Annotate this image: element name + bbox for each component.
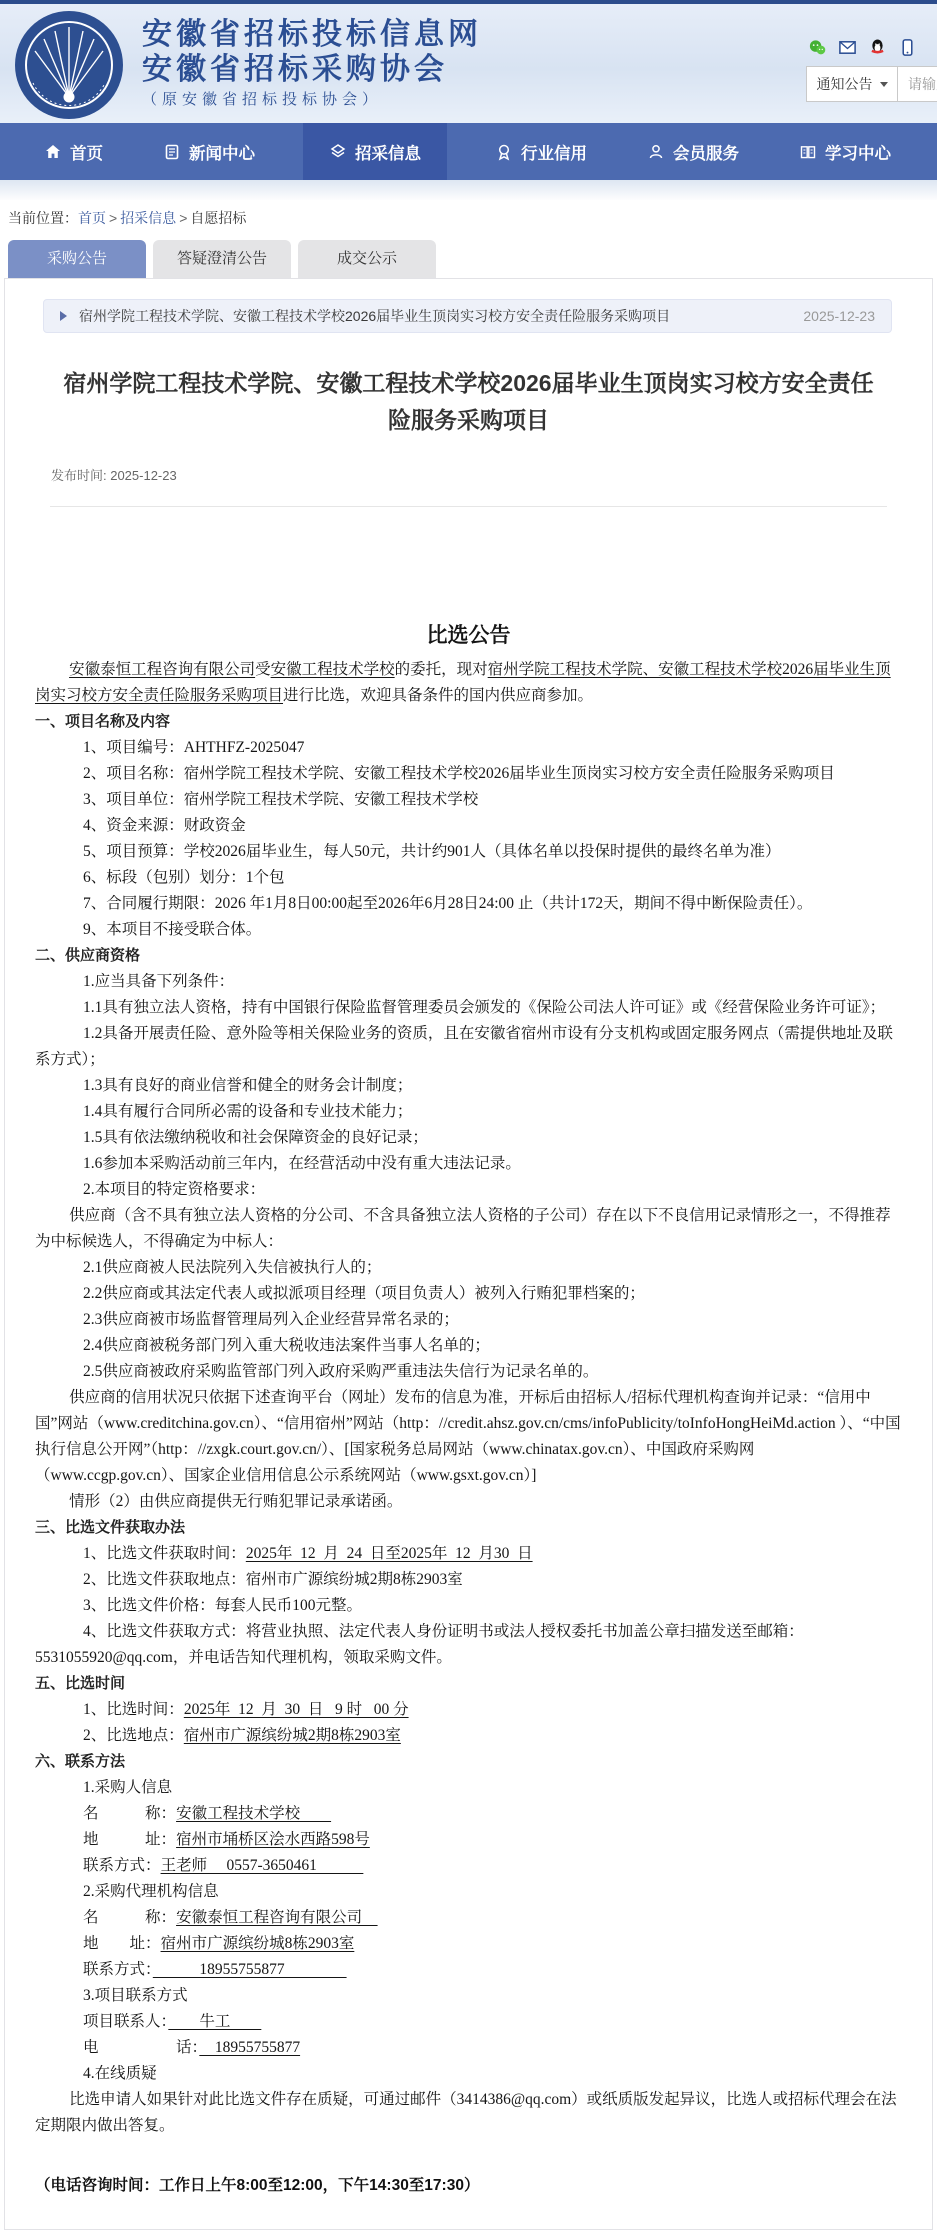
nav-item-label: 行业信用 (521, 140, 587, 164)
article-paragraph: 4、比选文件获取方式：将营业执照、法定代表人身份证明书或法人授权委托书加盖公章扫… (35, 1619, 902, 1671)
article-paragraph: 1.应当具备下列条件： (35, 969, 902, 995)
underlined-text: 宿州市广源缤纷城2期8栋2903室 (184, 1727, 401, 1744)
text-run: 5、项目预算：学校2026届毕业生，每人50元，共计约901人（具体名单以投保时… (83, 843, 781, 860)
article-paragraph: 2.本项目的特定资格要求： (35, 1177, 902, 1203)
text-run: 2.4供应商被税务部门列入重大税收违法案件当事人名单的； (83, 1337, 490, 1354)
mobile-icon[interactable] (898, 38, 917, 57)
tab-bar: 采购公告答疑澄清公告成交公示 (0, 240, 937, 278)
article-paragraph: 项目联系人： 牛工 (35, 2009, 902, 2035)
article-paragraph: 名 称：安徽泰恒工程咨询有限公司 (35, 1905, 902, 1931)
article-paragraph: 地 址：宿州市广源缤纷城8栋2903室 (35, 1931, 902, 1957)
text-run: 3.项目联系方式 (83, 1987, 188, 2004)
underlined-text: 2025年 12 月 30 日 9 时 00 分 (184, 1701, 409, 1718)
underlined-text: 王老师 0557-3650461 (161, 1857, 364, 1874)
text-run: 五、比选时间 (35, 1675, 125, 1692)
article-paragraph: 1.4具有履行合同所必需的设备和专业技术能力； (35, 1099, 902, 1125)
article-title: 宿州学院工程技术学院、安徽工程技术学校2026届毕业生顶岗实习校方安全责任险服务… (63, 365, 874, 439)
text-run: 二、供应商资格 (35, 947, 140, 964)
text-run: 4、资金来源：财政资金 (83, 817, 246, 834)
article-paragraph: 电 话： 18955755877 (35, 2035, 902, 2061)
article-paragraph: 2.1供应商被人民法院列入失信被执行人的； (35, 1255, 902, 1281)
breadcrumb-item[interactable]: 招采信息 (120, 210, 176, 226)
article-section-heading: 二、供应商资格 (35, 943, 902, 969)
article-paragraph: 1.1具有独立法人资格，持有中国银行保险监督管理委员会颁发的《保险公司法人许可证… (35, 995, 902, 1021)
article-body: 比选公告 安徽泰恒工程咨询有限公司受安徽工程技术学校的委托，现对宿州学院工程技术… (35, 619, 902, 2139)
article-section-heading: 六、联系方法 (35, 1749, 902, 1775)
publish-date: 发布时间: 2025-12-23 (51, 465, 932, 484)
text-run: 2.3供应商被市场监督管理局列入企业经营异常名录的； (83, 1311, 459, 1328)
nav-item-label: 招采信息 (355, 140, 421, 164)
text-run: 1.1具有独立法人资格，持有中国银行保险监督管理委员会颁发的《保险公司法人许可证… (83, 999, 885, 1016)
article-paragraph: 2、比选文件获取地点：宿州市广源缤纷城2期8栋2903室 (35, 1567, 902, 1593)
nav-item-label: 首页 (70, 140, 103, 164)
underlined-text: 18955755877 (199, 2039, 300, 2056)
text-run: 三、比选文件获取办法 (35, 1519, 185, 1536)
article-paragraph: 供应商（含不具有独立法人资格的分公司、不含具备独立法人资格的子公司）存在以下不良… (35, 1203, 902, 1255)
article-paragraph: 2、项目名称：宿州学院工程技术学院、安徽工程技术学校2026届毕业生顶岗实习校方… (35, 761, 902, 787)
article-section-heading: 五、比选时间 (35, 1671, 902, 1697)
text-run: 一、项目名称及内容 (35, 713, 170, 730)
text-run: 情形（2）由供应商提供无行贿犯罪记录承诺函。 (69, 1493, 402, 1510)
nav-item-label: 会员服务 (673, 140, 739, 164)
underlined-text: 安徽泰恒工程咨询有限公司 (176, 1909, 378, 1926)
text-run: 六、联系方法 (35, 1753, 125, 1770)
article-paragraph: 5、项目预算：学校2026届毕业生，每人50元，共计约901人（具体名单以投保时… (35, 839, 902, 865)
text-run: 的委托，现对 (395, 661, 488, 678)
tab-采购公告[interactable]: 采购公告 (8, 240, 146, 278)
announcement-list: 宿州学院工程技术学院、安徽工程技术学校2026届毕业生顶岗实习校方安全责任险服务… (5, 299, 932, 333)
article-paragraph: 2、比选地点：宿州市广源缤纷城2期8栋2903室 (35, 1723, 902, 1749)
article-paragraphs: 安徽泰恒工程咨询有限公司受安徽工程技术学校的委托，现对宿州学院工程技术学院、安徽… (35, 657, 902, 2139)
notice-heading: 比选公告 (35, 619, 902, 649)
text-run: 2、项目名称：宿州学院工程技术学院、安徽工程技术学校2026届毕业生顶岗实习校方… (83, 765, 835, 782)
text-run: 2、比选地点： (83, 1727, 184, 1744)
nav-item-label: 学习中心 (825, 140, 891, 164)
text-run: 项目联系人： (83, 2013, 168, 2030)
article-paragraph: 供应商的信用状况只依据下述查询平台（网址）发布的信息为准，开标后由招标人/招标代… (35, 1385, 902, 1489)
text-run: 2、比选文件获取地点：宿州市广源缤纷城2期8栋2903室 (83, 1571, 463, 1588)
text-run: 4.在线质疑 (83, 2065, 157, 2082)
tab-成交公示[interactable]: 成交公示 (298, 240, 436, 278)
article-paragraph: 比选申请人如果针对此比选文件存在质疑，可通过邮件（3414386@qq.com）… (35, 2087, 902, 2139)
site-title-line1: 安徽省招标投标信息网 (142, 17, 482, 52)
article-section-heading: 三、比选文件获取办法 (35, 1515, 902, 1541)
notice-category-select[interactable]: 通知公告 (806, 66, 898, 102)
content-panel: 宿州学院工程技术学院、安徽工程技术学校2026届毕业生顶岗实习校方安全责任险服务… (4, 278, 933, 2230)
text-run: 比选申请人如果针对此比选文件存在质疑，可通过邮件（3414386@qq.com）… (35, 2091, 897, 2134)
text-run: 2.1供应商被人民法院列入失信被执行人的； (83, 1259, 381, 1276)
text-run: 1、比选文件获取时间： (83, 1545, 246, 1562)
text-run: 1.5具有依法缴纳税收和社会保障资金的良好记录； (83, 1129, 428, 1146)
nav-item-learning-center[interactable]: 学习中心 (787, 123, 903, 180)
site-title-line2: 安徽省招标采购协会 (142, 52, 482, 87)
site-header: 安徽省招标投标信息网 安徽省招标采购协会 （原安徽省招标投标协会） 通知公告 (0, 4, 937, 123)
article-paragraph: 1、比选时间：2025年 12 月 30 日 9 时 00 分 (35, 1697, 902, 1723)
chevron-down-icon (880, 82, 888, 87)
article-paragraph: 1.3具有良好的商业信誉和健全的财务会计制度； (35, 1073, 902, 1099)
text-run: 2.2供应商或其法定代表人或拟派项目经理（项目负责人）被列入行贿犯罪档案的； (83, 1285, 645, 1302)
breadcrumb-separator: > (109, 210, 117, 226)
text-run: 3、比选文件价格：每套人民币100元整。 (83, 1597, 362, 1614)
text-run: 1.应当具备下列条件： (83, 973, 234, 990)
article-paragraph: 7、合同履行期限：2026 年1月8日00:00起至2026年6月28日24:0… (35, 891, 902, 917)
text-run: 受 (255, 661, 271, 678)
underlined-text: 牛工 (168, 2013, 261, 2030)
text-run: 联系方式： (83, 1961, 153, 1978)
article-paragraph: 2.采购代理机构信息 (35, 1879, 902, 1905)
nav-item-member-services[interactable]: 会员服务 (635, 123, 751, 180)
text-run: 1.4具有履行合同所必需的设备和专业技术能力； (83, 1103, 412, 1120)
announcement-title[interactable]: 宿州学院工程技术学院、安徽工程技术学校2026届毕业生顶岗实习校方安全责任险服务… (79, 306, 787, 326)
breadcrumb-links: 首页>招采信息>自愿招标 (78, 210, 246, 226)
text-run: 进行比选，欢迎具备条件的国内供应商参加。 (283, 687, 593, 704)
text-run: 6、标段（包别）划分：1个包 (83, 869, 285, 886)
book-icon (799, 143, 817, 161)
home-icon (44, 143, 62, 161)
article-paragraph: 2.3供应商被市场监督管理局列入企业经营异常名录的； (35, 1307, 902, 1333)
announcement-date: 2025-12-23 (803, 308, 875, 324)
nav-item-label: 新闻中心 (189, 140, 255, 164)
text-run: 1、项目编号：AHTHFZ-2025047 (83, 739, 304, 756)
phone-hours-note: （电话咨询时间：工作日上午8:00至12:00，下午14:30至17:30） (35, 2173, 902, 2195)
text-run: 名 称： (83, 1909, 176, 1926)
text-run: 2.本项目的特定资格要求： (83, 1181, 265, 1198)
article-paragraph: 2.5供应商被政府采购监管部门列入政府采购严重违法失信行为记录名单的。 (35, 1359, 902, 1385)
article-paragraph: 联系方式：王老师 0557-3650461 (35, 1853, 902, 1879)
article-paragraph: 1.采购人信息 (35, 1775, 902, 1801)
mail-icon[interactable] (838, 38, 857, 57)
article-paragraph: 2.2供应商或其法定代表人或拟派项目经理（项目负责人）被列入行贿犯罪档案的； (35, 1281, 902, 1307)
tab-答疑澄清公告[interactable]: 答疑澄清公告 (153, 240, 291, 278)
text-run: 联系方式： (83, 1857, 161, 1874)
main-nav: 首页新闻中心招采信息行业信用会员服务学习中心 (0, 123, 937, 180)
site-title-block: 安徽省招标投标信息网 安徽省招标采购协会 （原安徽省招标投标协会） (142, 17, 482, 111)
nav-item-industry-credit[interactable]: 行业信用 (483, 123, 599, 180)
text-run: 供应商的信用状况只依据下述查询平台（网址）发布的信息为准，开标后由招标人/招标代… (35, 1389, 901, 1484)
article-paragraph: 2.4供应商被税务部门列入重大税收违法案件当事人名单的； (35, 1333, 902, 1359)
article-paragraph: 3.项目联系方式 (35, 1983, 902, 2009)
article-paragraph: 情形（2）由供应商提供无行贿犯罪记录承诺函。 (35, 1489, 902, 1515)
text-run: 1、比选时间： (83, 1701, 184, 1718)
article-paragraph: 4、资金来源：财政资金 (35, 813, 902, 839)
nav-fade-strip (0, 180, 937, 200)
article-paragraph: 1、项目编号：AHTHFZ-2025047 (35, 735, 902, 761)
announcement-row[interactable]: 宿州学院工程技术学院、安徽工程技术学校2026届毕业生顶岗实习校方安全责任险服务… (43, 299, 892, 333)
text-run: 供应商（含不具有独立法人资格的分公司、不含具备独立法人资格的子公司）存在以下不良… (35, 1207, 891, 1250)
header-social-icons (808, 38, 917, 57)
notice-category-label: 通知公告 (817, 74, 873, 94)
nav-item-home[interactable]: 首页 (32, 123, 115, 180)
article-paragraph: 1.2具备开展责任险、意外险等相关保险业务的资质，且在安徽省宿州市设有分支机构或… (35, 1021, 902, 1073)
underlined-text: 安徽工程技术学校 (271, 661, 395, 678)
article-paragraph: 1、比选文件获取时间：2025年 12 月 24 日至2025年 12 月30 … (35, 1541, 902, 1567)
text-run: 9、本项目不接受联合体。 (83, 921, 261, 938)
underlined-text: 18955755877 (153, 1961, 347, 1978)
article-paragraph: 6、标段（包别）划分：1个包 (35, 865, 902, 891)
header-search: 通知公告 (806, 66, 937, 102)
text-run: 4、比选文件获取方式：将营业执照、法定代表人身份证明书或法人授权委托书加盖公章扫… (35, 1623, 804, 1666)
underlined-text: 宿州市广源缤纷城8栋2903室 (161, 1935, 355, 1952)
article-paragraph: 4.在线质疑 (35, 2061, 902, 2087)
underlined-text: 宿州市埇桥区浍水西路598号 (176, 1831, 370, 1848)
breadcrumb: 当前位置：首页>招采信息>自愿招标 (0, 200, 937, 240)
text-run: 1.3具有良好的商业信誉和健全的财务会计制度； (83, 1077, 412, 1094)
article-paragraph: 安徽泰恒工程咨询有限公司受安徽工程技术学校的委托，现对宿州学院工程技术学院、安徽… (35, 657, 902, 709)
article-paragraph: 名 称：安徽工程技术学校 (35, 1801, 902, 1827)
text-run: 地 址： (83, 1831, 176, 1848)
article-paragraph: 9、本项目不接受联合体。 (35, 917, 902, 943)
layers-icon (329, 143, 347, 161)
text-run: 1.6参加本采购活动前三年内，在经营活动中没有重大违法记录。 (83, 1155, 521, 1172)
underlined-text: 安徽泰恒工程咨询有限公司 (69, 661, 255, 678)
text-run: 1.采购人信息 (83, 1779, 172, 1796)
article-paragraph: 地 址：宿州市埇桥区浍水西路598号 (35, 1827, 902, 1853)
breadcrumb-item: 自愿招标 (190, 210, 246, 226)
breadcrumb-item[interactable]: 首页 (78, 210, 106, 226)
title-divider (50, 506, 887, 507)
article-paragraph: 3、项目单位：宿州学院工程技术学院、安徽工程技术学校 (35, 787, 902, 813)
nav-item-news-center[interactable]: 新闻中心 (151, 123, 267, 180)
text-run: 名 称： (83, 1805, 176, 1822)
member-icon (647, 143, 665, 161)
site-logo (13, 9, 125, 121)
article-paragraph: 1.5具有依法缴纳税收和社会保障资金的良好记录； (35, 1125, 902, 1151)
text-run: 7、合同履行期限：2026 年1月8日00:00起至2026年6月28日24:0… (83, 895, 812, 912)
article-paragraph: 1.6参加本采购活动前三年内，在经营活动中没有重大违法记录。 (35, 1151, 902, 1177)
breadcrumb-separator: > (179, 210, 187, 226)
text-run: 1.2具备开展责任险、意外险等相关保险业务的资质，且在安徽省宿州市设有分支机构或… (35, 1025, 893, 1068)
underlined-text: 2025年 12 月 24 日至2025年 12 月30 日 (246, 1545, 533, 1562)
wechat-icon[interactable] (808, 38, 827, 57)
underlined-text: 安徽工程技术学校 (176, 1805, 331, 1822)
text-run: 2.采购代理机构信息 (83, 1883, 219, 1900)
text-run: 电 话： (83, 2039, 199, 2056)
arrow-right-icon (60, 311, 67, 321)
breadcrumb-label: 当前位置： (8, 210, 78, 226)
article-section-heading: 一、项目名称及内容 (35, 709, 902, 735)
text-run: 2.5供应商被政府采购监管部门列入政府采购严重违法失信行为记录名单的。 (83, 1363, 598, 1380)
site-title-line3: （原安徽省招标投标协会） (142, 89, 482, 111)
qq-icon[interactable] (868, 38, 887, 57)
article-paragraph: 联系方式： 18955755877 (35, 1957, 902, 1983)
news-icon (163, 143, 181, 161)
text-run: 3、项目单位：宿州学院工程技术学院、安徽工程技术学校 (83, 791, 478, 808)
medal-icon (495, 143, 513, 161)
text-run: 地 址： (83, 1935, 161, 1952)
nav-item-procurement-info[interactable]: 招采信息 (303, 123, 447, 180)
search-input[interactable] (898, 66, 937, 102)
article-paragraph: 3、比选文件价格：每套人民币100元整。 (35, 1593, 902, 1619)
